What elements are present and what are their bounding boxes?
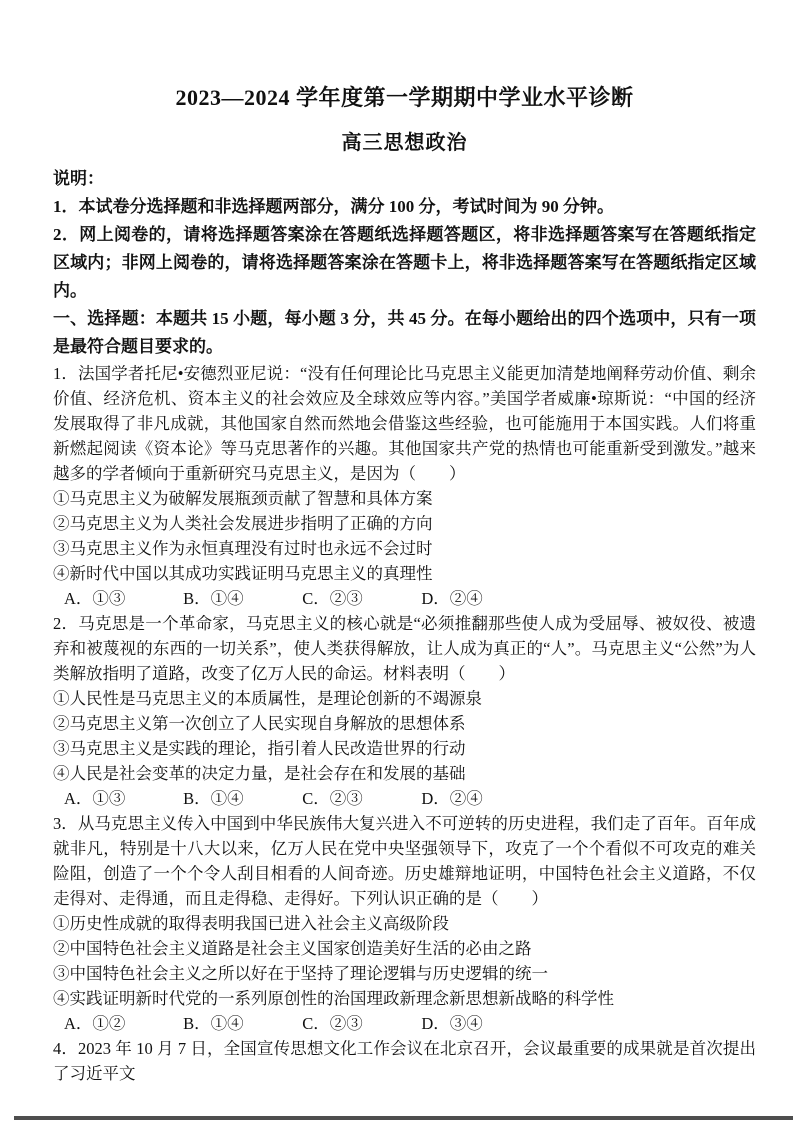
- question-1-choice-2: ②马克思主义为人类社会发展进步指明了正确的方向: [53, 511, 756, 536]
- notes-label: 说明：: [53, 165, 756, 193]
- question-2-choice-3: ③马克思主义是实践的理论，指引着人民改造世界的行动: [53, 736, 756, 761]
- question-3-option-a: A．①②: [64, 1011, 179, 1036]
- question-2-choice-1: ①人民性是马克思主义的本质属性，是理论创新的不竭源泉: [53, 686, 756, 711]
- question-1-stem: 1．法国学者托尼•安德烈亚尼说：“没有任何理论比马克思主义能更加清楚地阐释劳动价…: [53, 361, 756, 486]
- note-item-2: 2．网上阅卷的，请将选择题答案涂在答题纸选择题答题区，将非选择题答案写在答题纸指…: [53, 221, 756, 305]
- question-4: 4．2023 年 10 月 7 日，全国宣传思想文化工作会议在北京召开，会议最重…: [53, 1036, 756, 1086]
- question-1-choice-3: ③马克思主义作为永恒真理没有过时也永远不会过时: [53, 536, 756, 561]
- question-3-choice-1: ①历史性成就的取得表明我国已进入社会主义高级阶段: [53, 911, 756, 936]
- question-3: 3．从马克思主义传入中国到中华民族伟大复兴进入不可逆转的历史进程，我们走了百年。…: [53, 811, 756, 1036]
- question-2: 2．马克思是一个革命家，马克思主义的核心就是“必须推翻那些使人成为受屈辱、被奴役…: [53, 611, 756, 811]
- exam-title: 2023—2024 学年度第一学期期中学业水平诊断: [53, 82, 756, 113]
- question-2-choice-4: ④人民是社会变革的决定力量，是社会存在和发展的基础: [53, 761, 756, 786]
- question-3-choice-2: ②中国特色社会主义道路是社会主义国家创造美好生活的必由之路: [53, 936, 756, 961]
- question-3-option-c: C．②③: [302, 1011, 417, 1036]
- question-3-options-row: A．①② B．①④ C．②③ D．③④: [53, 1011, 756, 1036]
- question-1-choice-1: ①马克思主义为破解发展瓶颈贡献了智慧和具体方案: [53, 486, 756, 511]
- question-1-option-a: A．①③: [64, 586, 179, 611]
- question-2-option-d: D．②④: [421, 786, 536, 811]
- exam-content: 2023—2024 学年度第一学期期中学业水平诊断 高三思想政治 说明： 1．本…: [0, 0, 793, 1086]
- question-2-stem: 2．马克思是一个革命家，马克思主义的核心就是“必须推翻那些使人成为受屈辱、被奴役…: [53, 611, 756, 686]
- question-1-choice-4: ④新时代中国以其成功实践证明马克思主义的真理性: [53, 561, 756, 586]
- question-1-option-b: B．①④: [183, 586, 298, 611]
- question-3-choice-3: ③中国特色社会主义之所以好在于坚持了理论逻辑与历史逻辑的统一: [53, 961, 756, 986]
- question-2-option-c: C．②③: [302, 786, 417, 811]
- question-2-options-row: A．①③ B．①④ C．②③ D．②④: [53, 786, 756, 811]
- question-4-stem: 4．2023 年 10 月 7 日，全国宣传思想文化工作会议在北京召开，会议最重…: [53, 1036, 756, 1086]
- question-1-option-d: D．②④: [421, 586, 536, 611]
- question-1-option-c: C．②③: [302, 586, 417, 611]
- question-2-option-b: B．①④: [183, 786, 298, 811]
- exam-page: 2023—2024 学年度第一学期期中学业水平诊断 高三思想政治 说明： 1．本…: [0, 0, 793, 1122]
- question-1-options-row: A．①③ B．①④ C．②③ D．②④: [53, 586, 756, 611]
- note-item-1: 1．本试卷分选择题和非选择题两部分，满分 100 分，考试时间为 90 分钟。: [53, 193, 756, 221]
- section-1-header: 一、选择题：本题共 15 小题，每小题 3 分，共 45 分。在每小题给出的四个…: [53, 305, 756, 361]
- question-2-choice-2: ②马克思主义第一次创立了人民实现自身解放的思想体系: [53, 711, 756, 736]
- exam-notes: 说明： 1．本试卷分选择题和非选择题两部分，满分 100 分，考试时间为 90 …: [53, 165, 756, 361]
- question-1: 1．法国学者托尼•安德烈亚尼说：“没有任何理论比马克思主义能更加清楚地阐释劳动价…: [53, 361, 756, 611]
- question-3-option-b: B．①④: [183, 1011, 298, 1036]
- question-2-option-a: A．①③: [64, 786, 179, 811]
- exam-subject: 高三思想政治: [53, 129, 756, 157]
- question-3-choice-4: ④实践证明新时代党的一系列原创性的治国理政新理念新思想新战略的科学性: [53, 986, 756, 1011]
- page-bottom-scan-edge: [14, 1116, 793, 1120]
- question-3-stem: 3．从马克思主义传入中国到中华民族伟大复兴进入不可逆转的历史进程，我们走了百年。…: [53, 811, 756, 911]
- question-3-option-d: D．③④: [421, 1011, 536, 1036]
